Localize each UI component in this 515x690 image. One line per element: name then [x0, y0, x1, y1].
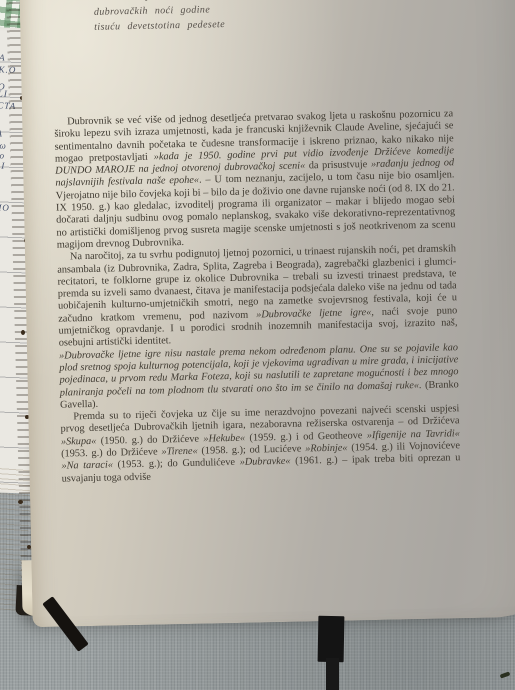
italic-run: »Dubrovačke ljetne igre nisu nastale pre…: [59, 342, 459, 398]
page-heading: Trinaest rujanskih dubrovačkih noći godi…: [93, 0, 354, 35]
foxing-speck: [21, 330, 25, 335]
italic-run: »Dubrovačke ljetne igre«: [256, 307, 371, 320]
paragraph: Na naročitoj, za tu svrhu podignutoj lje…: [57, 244, 458, 351]
text-run: (1954. g.) ili Vojnovićeve: [347, 440, 460, 453]
paragraph: Dubrovnik se već više od jednog desetlje…: [54, 108, 456, 252]
italic-run: »Skupa«: [61, 436, 97, 448]
bookmark-strap-center: [318, 616, 345, 662]
text-run: (1953. g.) do Držićeve: [61, 447, 162, 460]
text-run: (1959. g.) i od Geotheove: [245, 430, 367, 444]
text-run: (1958. g.); od Lucićeve: [198, 444, 306, 457]
debris-speck: [500, 671, 511, 678]
bookmark-strap-center-tail: [326, 658, 339, 690]
body-text: Dubrovnik se već više od jednog desetlje…: [54, 108, 461, 485]
text-run: da prisustvuje: [305, 159, 371, 171]
italic-run: »Robinje«: [305, 443, 348, 455]
italic-run: »Dubravke«: [240, 456, 291, 468]
italic-run: »Na taraci«: [61, 460, 113, 472]
italic-run: »Ifigenije na Tavridi«: [367, 428, 460, 441]
foxing-speck: [18, 500, 23, 504]
paragraph: Premda su to riječi čovjeka uz čije su i…: [60, 403, 460, 485]
paragraph: »Dubrovačke ljetne igre nisu nastale pre…: [59, 342, 459, 412]
book-page: Trinaest rujanskih dubrovačkih noći godi…: [19, 0, 515, 627]
text-run: (1950. g.) do Držićeve: [96, 433, 203, 446]
text-run: (1953. g.); do Gundulićeve: [113, 457, 240, 471]
italic-run: »Hekube«: [203, 432, 245, 444]
italic-run: »Tirene«: [161, 446, 197, 458]
